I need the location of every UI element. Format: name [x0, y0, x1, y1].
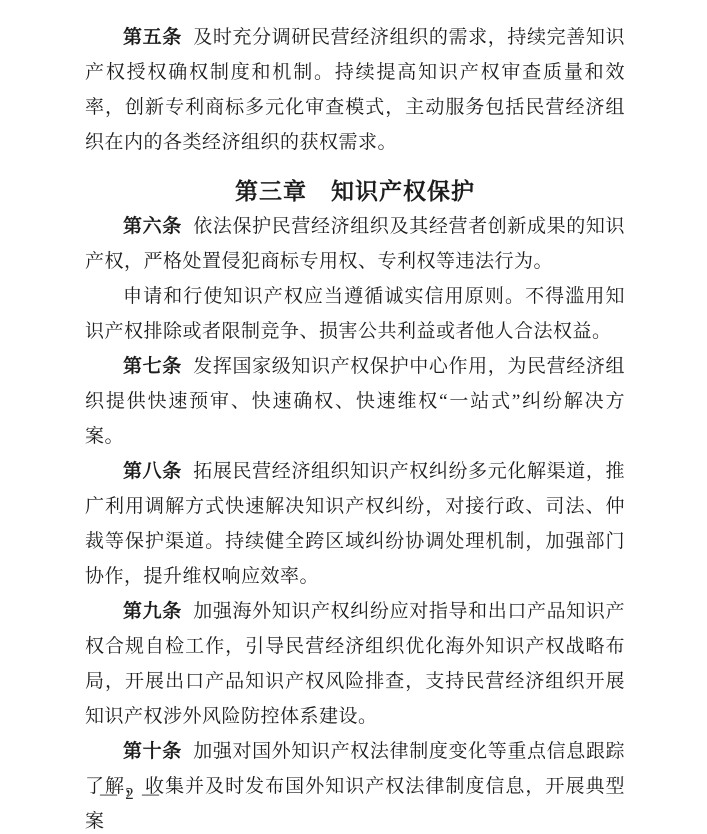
article-9-label: 第九条: [123, 601, 182, 622]
article-5-paragraph: 第五条及时充分调研民营经济组织的需求，持续完善知识产权授权确权制度和机制。持续提…: [85, 20, 625, 160]
document-body: 第五条及时充分调研民营经济组织的需求，持续完善知识产权授权确权制度和机制。持续提…: [85, 20, 625, 834]
page-number: — 2 —: [100, 783, 161, 805]
article-6-label: 第六条: [123, 216, 182, 237]
article-8-paragraph: 第八条拓展民营经济组织知识产权纠纷多元化解渠道，推广利用调解方式快速解决知识产权…: [85, 454, 625, 594]
article-7-paragraph: 第七条发挥国家级知识产权保护中心作用，为民营经济组织提供快速预审、快速确权、快速…: [85, 349, 625, 454]
article-7-label: 第七条: [123, 356, 182, 377]
article-8-label: 第八条: [123, 461, 182, 482]
honest-credit-paragraph: 申请和行使知识产权应当遵循诚实信用原则。不得滥用知识产权排除或者限制竞争、损害公…: [85, 279, 625, 349]
article-6-paragraph: 第六条依法保护民营经济组织及其经营者创新成果的知识产权，严格处置侵犯商标专用权、…: [85, 209, 625, 279]
article-5-label: 第五条: [123, 27, 182, 48]
article-10-label: 第十条: [123, 741, 182, 762]
chapter-3-heading: 第三章 知识产权保护: [85, 174, 625, 209]
article-9-paragraph: 第九条加强海外知识产权纠纷应对指导和出口产品知识产权合规自检工作，引导民营经济组…: [85, 594, 625, 734]
document-page: 第五条及时充分调研民营经济组织的需求，持续完善知识产权授权确权制度和机制。持续提…: [0, 0, 707, 834]
article-10-paragraph: 第十条加强对国外知识产权法律制度变化等重点信息跟踪了解，收集并及时发布国外知识产…: [85, 734, 625, 834]
